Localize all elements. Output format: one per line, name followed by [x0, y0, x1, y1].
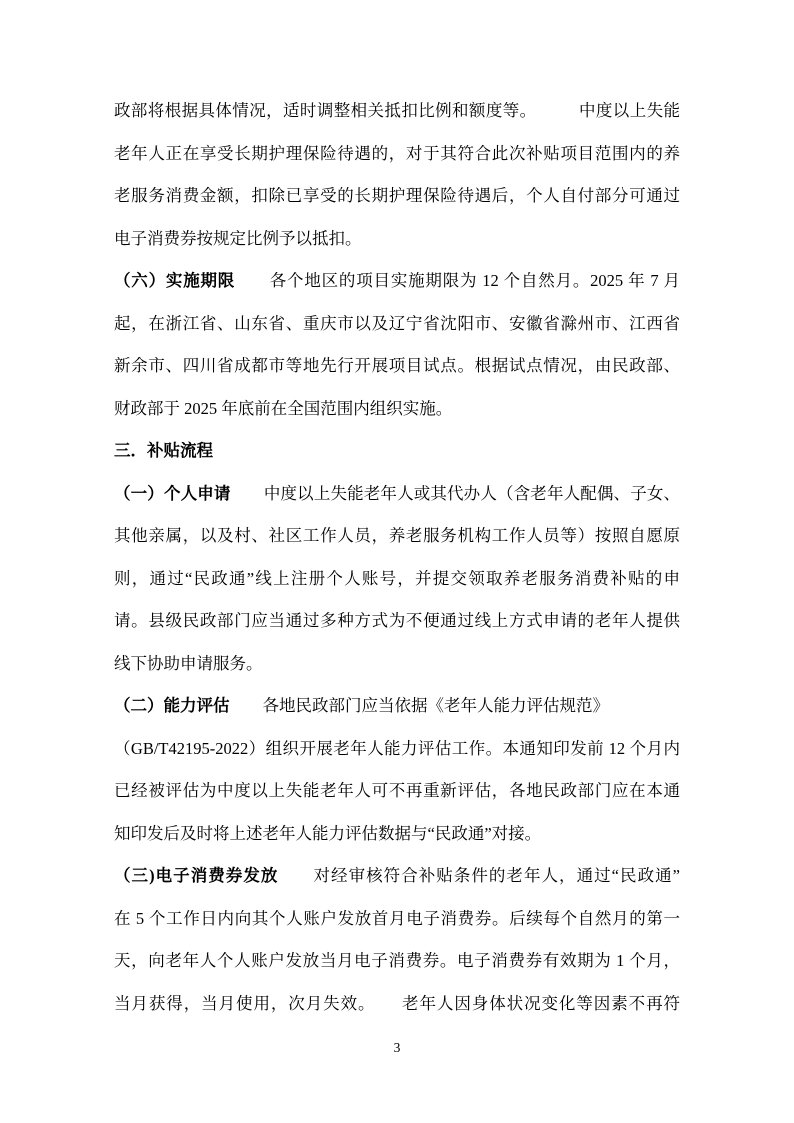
- bold-run: （一）个人申请: [114, 484, 231, 503]
- para-one-individual-application: （一）个人申请 中度以上失能老年人或其代办人（含老年人配偶、子女、其他亲属，以及…: [114, 473, 680, 686]
- text-line: 当月获得，当月使用，次月失效。 老年人因身体状况变化等因素不再符: [114, 983, 680, 1026]
- para-six-implementation-period: （六）实施期限 各个地区的项目实施期限为 12 个自然月。2025 年 7 月起…: [114, 260, 680, 430]
- bold-run: 三．补贴流程: [114, 441, 213, 460]
- text-run: 中度以上失能老年人或其代办人（含老年人配偶、子女、: [231, 484, 680, 503]
- text-run: 知印发后及时将上述老年人能力评估数据与“民政通”对接。: [114, 824, 541, 843]
- bold-run: （三)电子消费券发放: [114, 866, 278, 885]
- document-page: 政部将根据具体情况，适时调整相关抵扣比例和额度等。 中度以上失能老年人正在享受长…: [0, 0, 794, 1123]
- text-line: 请。县级民政部门应当通过多种方式为不便通过线上方式申请的老年人提供: [114, 600, 680, 643]
- text-run: （GB/T42195-2022）组织开展老年人能力评估工作。本通知印发前 12 …: [114, 739, 680, 758]
- text-line: （二）能力评估 各地民政部门应当依据《老年人能力评估规范》: [114, 685, 680, 728]
- text-run: 线下协助申请服务。: [114, 654, 263, 673]
- text-line: 则，通过“民政通”线上注册个人账号，并提交领取养老服务消费补贴的申: [114, 558, 680, 601]
- text-run: 其他亲属，以及村、社区工作人员，养老服务机构工作人员等）按照自愿原: [114, 526, 680, 545]
- text-line: 已经被评估为中度以上失能老年人可不再重新评估，各地民政部门应在本通: [114, 770, 680, 813]
- text-line: 在 5 个工作日内向其个人账户发放首月电子消费券。后续每个自然月的第一: [114, 898, 680, 941]
- heading-three-subsidy-process: 三．补贴流程: [114, 430, 680, 473]
- text-run: 老服务消费金额，扣除已享受的长期护理保险待遇后，个人自付部分可通过: [114, 186, 680, 205]
- text-line: 线下协助申请服务。: [114, 643, 680, 686]
- text-run: 则，通过“民政通”线上注册个人账号，并提交领取养老服务消费补贴的申: [114, 569, 680, 588]
- text-run: 对经审核符合补贴条件的老年人，通过“民政通”: [278, 866, 680, 885]
- text-line: （三)电子消费券发放 对经审核符合补贴条件的老年人，通过“民政通”: [114, 855, 680, 898]
- text-run: 政部将根据具体情况，适时调整相关抵扣比例和额度等。 中度以上失能: [114, 101, 680, 120]
- text-run: 起，在浙江省、山东省、重庆市以及辽宁省沈阳市、安徽省滁州市、江西省: [114, 314, 680, 333]
- text-line: （GB/T42195-2022）组织开展老年人能力评估工作。本通知印发前 12 …: [114, 728, 680, 771]
- text-line: 知印发后及时将上述老年人能力评估数据与“民政通”对接。: [114, 813, 680, 856]
- text-run: 财政部于 2025 年底前在全国范围内组织实施。: [114, 399, 452, 418]
- text-run: 各地民政部门应当依据《老年人能力评估规范》: [230, 696, 610, 715]
- page-number: 3: [0, 1038, 794, 1058]
- text-run: 电子消费券按规定比例予以抵扣。: [114, 229, 362, 248]
- text-line: 电子消费券按规定比例予以抵扣。: [114, 218, 680, 261]
- text-run: 已经被评估为中度以上失能老年人可不再重新评估，各地民政部门应在本通: [114, 781, 680, 800]
- text-line: 政部将根据具体情况，适时调整相关抵扣比例和额度等。 中度以上失能: [114, 90, 680, 133]
- text-run: 在 5 个工作日内向其个人账户发放首月电子消费券。后续每个自然月的第一: [114, 909, 680, 928]
- text-line: （六）实施期限 各个地区的项目实施期限为 12 个自然月。2025 年 7 月: [114, 260, 680, 303]
- text-line: 天，向老年人个人账户发放当月电子消费券。电子消费券有效期为 1 个月，: [114, 940, 680, 983]
- para-two-capability-assessment: （二）能力评估 各地民政部门应当依据《老年人能力评估规范》（GB/T42195-…: [114, 685, 680, 855]
- para-three-evoucher-issuance: （三)电子消费券发放 对经审核符合补贴条件的老年人，通过“民政通”在 5 个工作…: [114, 855, 680, 1025]
- text-line: 老年人正在享受长期护理保险待遇的，对于其符合此次补贴项目范围内的养: [114, 133, 680, 176]
- text-run: 各个地区的项目实施期限为 12 个自然月。2025 年 7 月: [235, 271, 680, 290]
- bold-run: （二）能力评估: [114, 696, 230, 715]
- text-line: 起，在浙江省、山东省、重庆市以及辽宁省沈阳市、安徽省滁州市、江西省: [114, 303, 680, 346]
- text-run: 当月获得，当月使用，次月失效。 老年人因身体状况变化等因素不再符: [114, 994, 680, 1013]
- text-line: 财政部于 2025 年底前在全国范围内组织实施。: [114, 388, 680, 431]
- para-continuation-deduction: 政部将根据具体情况，适时调整相关抵扣比例和额度等。 中度以上失能老年人正在享受长…: [114, 90, 680, 260]
- text-line: 新余市、四川省成都市等地先行开展项目试点。根据试点情况，由民政部、: [114, 345, 680, 388]
- text-line: （一）个人申请 中度以上失能老年人或其代办人（含老年人配偶、子女、: [114, 473, 680, 516]
- text-run: 请。县级民政部门应当通过多种方式为不便通过线上方式申请的老年人提供: [114, 611, 680, 630]
- text-line: 其他亲属，以及村、社区工作人员，养老服务机构工作人员等）按照自愿原: [114, 515, 680, 558]
- bold-run: （六）实施期限: [114, 271, 235, 290]
- text-line: 三．补贴流程: [114, 430, 680, 473]
- text-run: 天，向老年人个人账户发放当月电子消费券。电子消费券有效期为 1 个月，: [114, 951, 680, 970]
- text-run: 老年人正在享受长期护理保险待遇的，对于其符合此次补贴项目范围内的养: [114, 144, 680, 163]
- text-line: 老服务消费金额，扣除已享受的长期护理保险待遇后，个人自付部分可通过: [114, 175, 680, 218]
- text-run: 新余市、四川省成都市等地先行开展项目试点。根据试点情况，由民政部、: [114, 356, 680, 375]
- document-body: 政部将根据具体情况，适时调整相关抵扣比例和额度等。 中度以上失能老年人正在享受长…: [114, 90, 680, 1025]
